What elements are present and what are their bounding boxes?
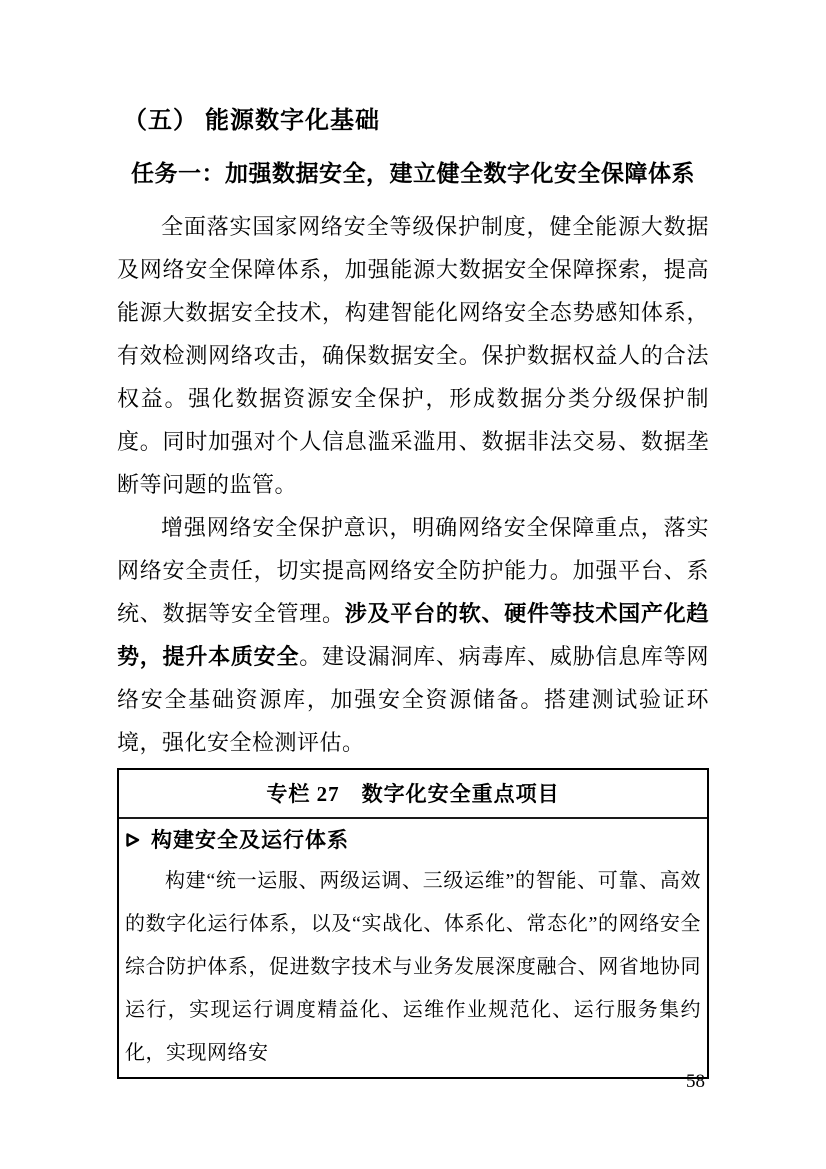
document-page: （五） 能源数字化基础 任务一：加强数据安全，建立健全数字化安全保障体系 全面落… xyxy=(0,0,826,1169)
section-heading: （五） 能源数字化基础 xyxy=(123,106,709,136)
page-number: 58 xyxy=(686,1070,705,1094)
box-bullet-item: 构建安全及运行体系 xyxy=(119,819,707,854)
right-arrowhead-icon xyxy=(125,832,141,848)
highlight-box-column-27: 专栏 27 数字化安全重点项目 构建安全及运行体系 构建“统一运服、两级运调、三… xyxy=(117,768,709,1079)
paragraph-data-security: 全面落实国家网络安全等级保护制度，健全能源大数据及网络安全保障体系，加强能源大数… xyxy=(117,205,709,506)
task-heading: 任务一：加强数据安全，建立健全数字化安全保障体系 xyxy=(117,158,709,190)
box-title: 专栏 27 数字化安全重点项目 xyxy=(119,770,707,819)
paragraph-network-security: 增强网络安全保护意识，明确网络安全保障重点，落实网络安全责任，切实提高网络安全防… xyxy=(117,506,709,764)
box-paragraph: 构建“统一运服、两级运调、三级运维”的智能、可靠、高效的数字化运行体系，以及“实… xyxy=(119,860,707,1075)
page-content: （五） 能源数字化基础 任务一：加强数据安全，建立健全数字化安全保障体系 全面落… xyxy=(117,0,709,1079)
box-bullet-label: 构建安全及运行体系 xyxy=(151,826,349,854)
